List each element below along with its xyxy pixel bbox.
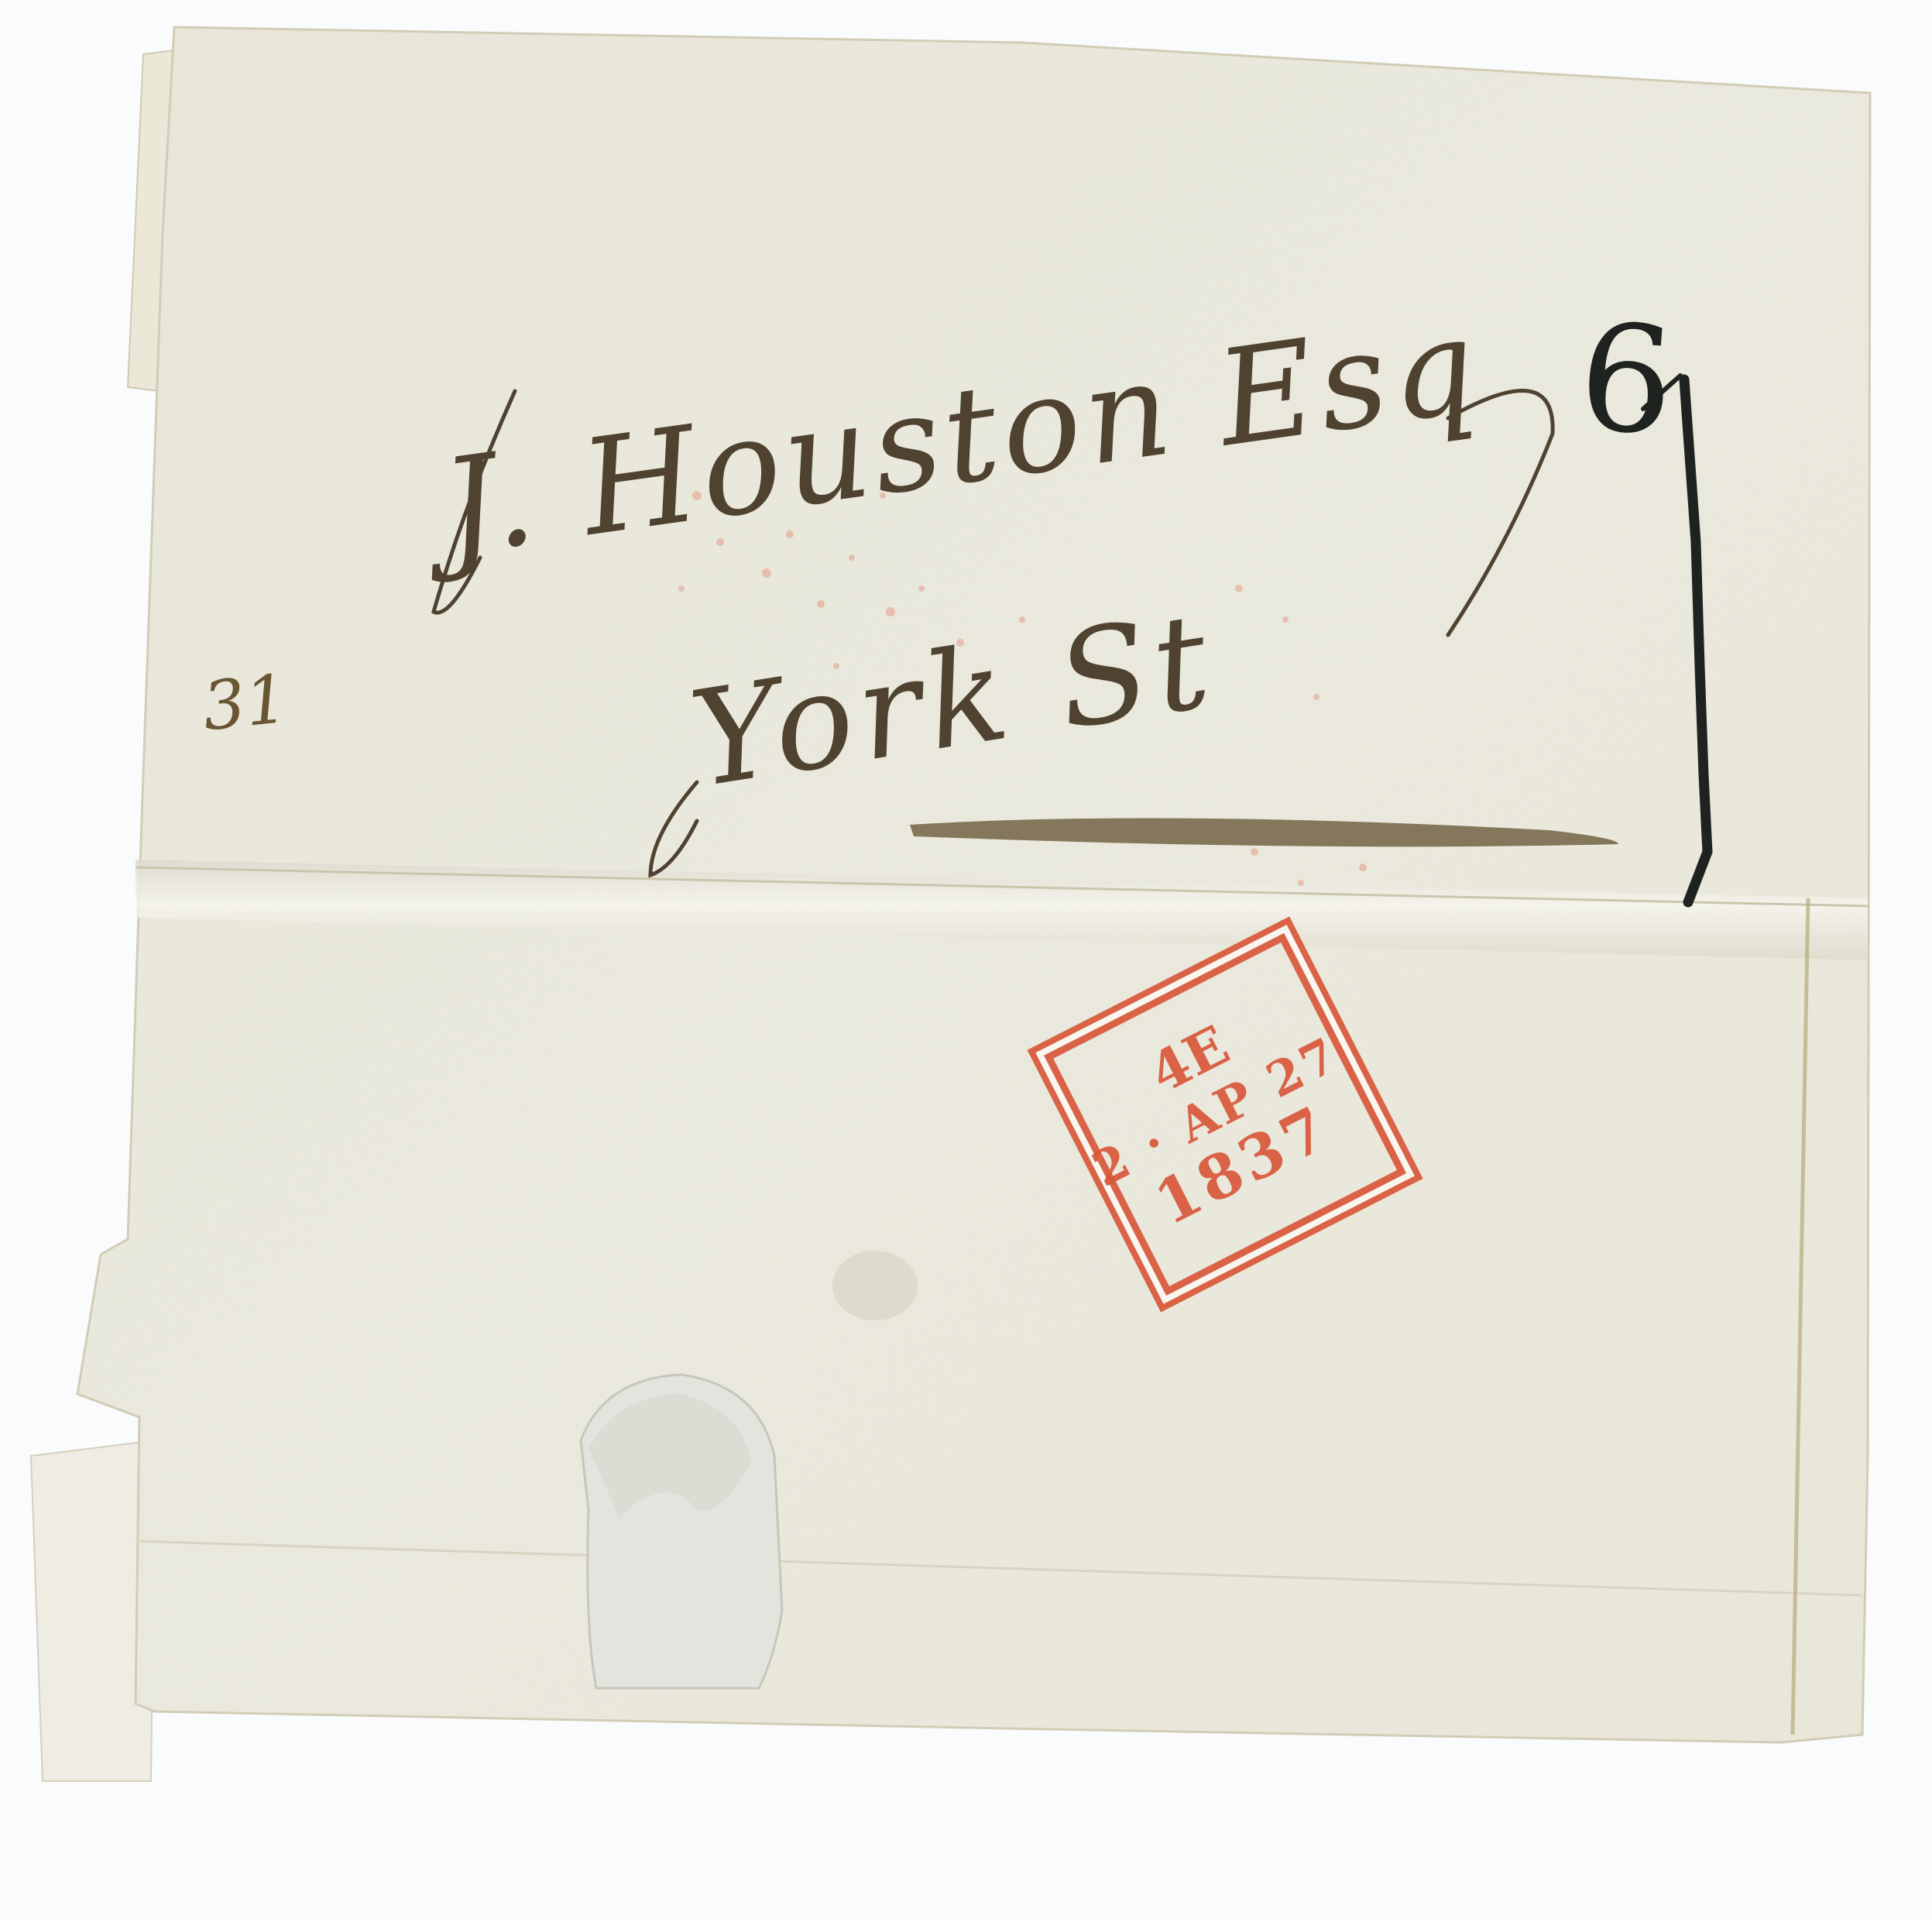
letter-sheet: [0, 0, 1932, 1919]
wax-seal-remnant: [581, 1375, 782, 1688]
smudge: [832, 1251, 918, 1320]
